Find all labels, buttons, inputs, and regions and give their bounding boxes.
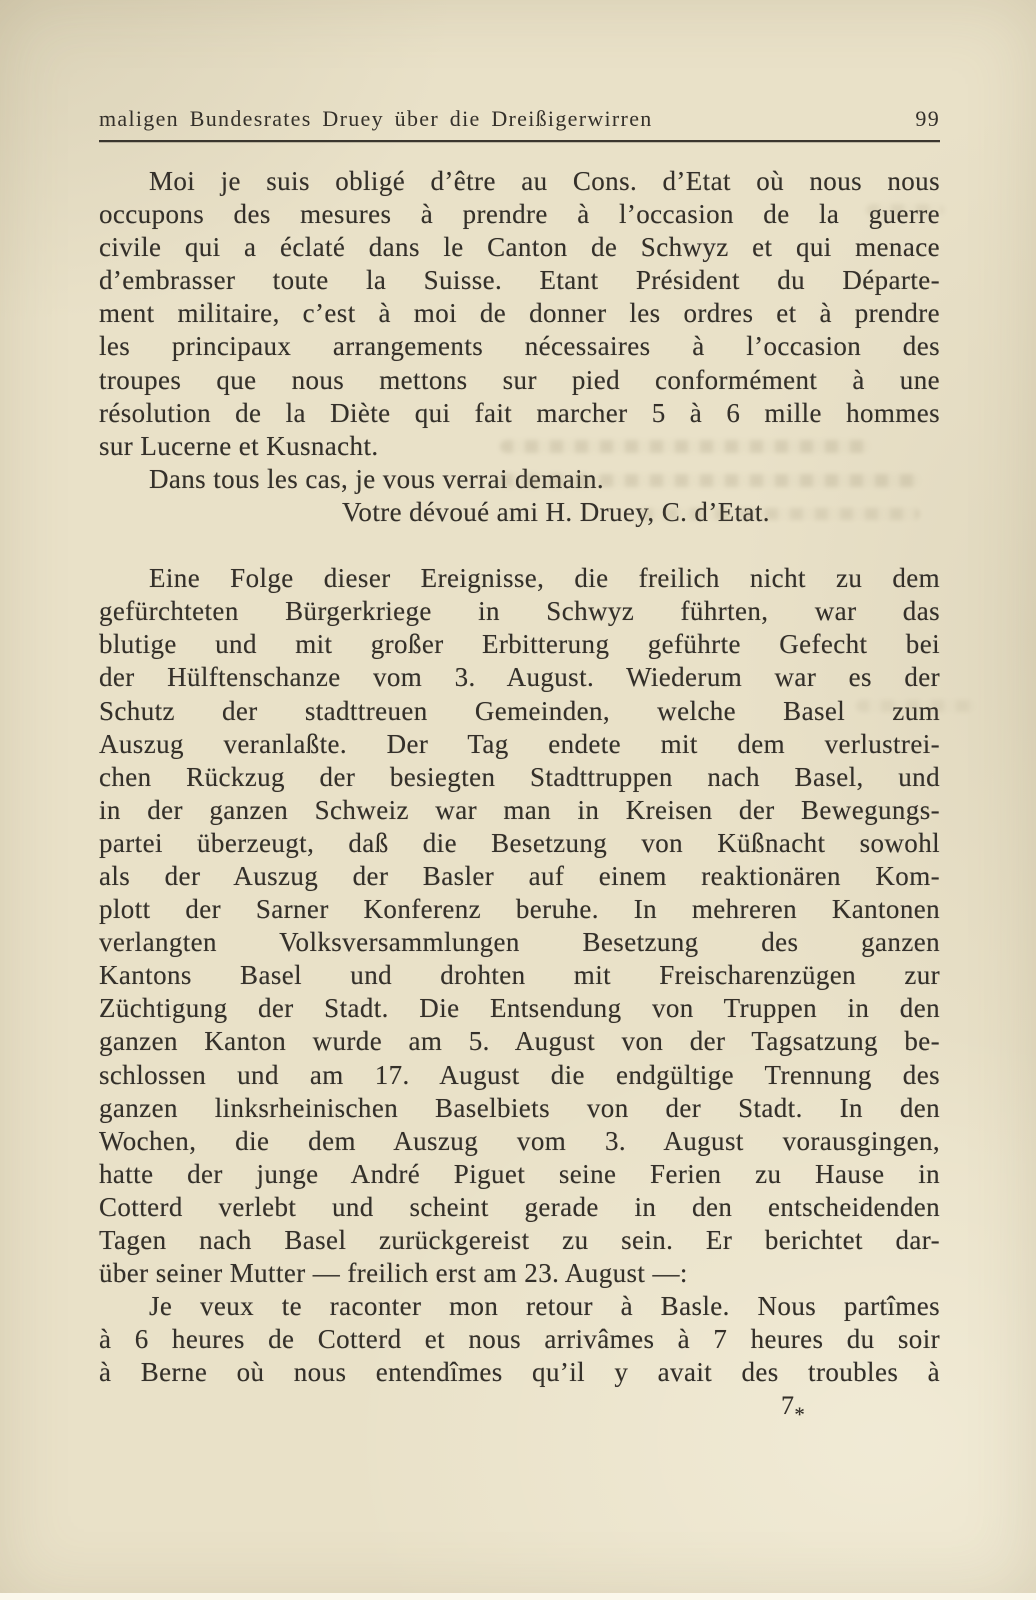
show-through-smudge — [640, 508, 920, 520]
text-line: civile qui a éclaté dans le Canton de Sc… — [99, 231, 940, 264]
text-line: ganzen linksrheinischen Baselbiets von d… — [99, 1092, 940, 1125]
text-line: d’embrasser toute la Suisse. Etant Prési… — [99, 264, 940, 297]
text-line: verlangten Volksversammlungen Besetzung … — [99, 926, 940, 959]
text-line: in der ganzen Schweiz war man in Kreisen… — [99, 794, 940, 827]
text-line: als der Auszug der Basler auf einem reak… — [99, 860, 940, 893]
text-line: à 6 heures de Cotterd et nous arrivâmes … — [99, 1323, 940, 1356]
text-line: schlossen und am 17. August die endgülti… — [99, 1059, 940, 1092]
text-line: hatte der junge André Piguet seine Ferie… — [99, 1158, 940, 1191]
text-line: occupons des mesures à prendre à l’occas… — [99, 198, 940, 231]
text-line: plott der Sarner Konferenz beruhe. In me… — [99, 893, 940, 926]
text-line: ganzen Kanton wurde am 5. August von der… — [99, 1025, 940, 1058]
text-line: Tagen nach Basel zurückgereist zu sein. … — [99, 1224, 940, 1257]
text-line: Kantons Basel und drohten mit Freischare… — [99, 959, 940, 992]
text-line: gefürchteten Bürgerkriege in Schwyz führ… — [99, 595, 940, 628]
text-line: les principaux arrangements nécessaires … — [99, 330, 940, 363]
page-body: Moi je suis obligé d’être au Cons. d’Eta… — [99, 165, 940, 1432]
header-rule — [99, 140, 940, 142]
text-line: Moi je suis obligé d’être au Cons. d’Eta… — [99, 165, 940, 198]
text-line: Auszug veranlaßte. Der Tag endete mit de… — [99, 728, 940, 761]
signature-mark: 7* — [99, 1389, 940, 1431]
page-number: 99 — [915, 106, 940, 132]
text-line: der Hülftenschanze vom 3. August. Wieder… — [99, 661, 940, 694]
text-line: blutige und mit großer Erbitterung gefüh… — [99, 628, 940, 661]
text-line: Je veux te raconter mon retour à Basle. … — [99, 1290, 940, 1323]
text-line: über seiner Mutter — freilich erst am 23… — [99, 1257, 940, 1290]
paragraph-spacer — [99, 529, 940, 562]
scan-edge-strip — [0, 1593, 1036, 1600]
text-line: troupes que nous mettons sur pied confor… — [99, 364, 940, 397]
page-header: maligen Bundesrates Druey über die Dreiß… — [99, 106, 940, 132]
text-line: à Berne où nous entendîmes qu’il y avait… — [99, 1356, 940, 1389]
text-line: Eine Folge dieser Ereignisse, die freili… — [99, 562, 940, 595]
text-line: Züchtigung der Stadt. Die Entsendung von… — [99, 992, 940, 1025]
text-line: Cotterd verlebt und scheint gerade in de… — [99, 1191, 940, 1224]
show-through-smudge — [500, 474, 920, 487]
show-through-smudge — [500, 440, 870, 453]
text-line: partei überzeugt, daß die Besetzung von … — [99, 827, 940, 860]
show-through-smudge — [856, 700, 976, 712]
signature-mark-number: 7 — [781, 1391, 794, 1420]
book-page: maligen Bundesrates Druey über die Dreiß… — [0, 0, 1036, 1600]
running-title: maligen Bundesrates Druey über die Dreiß… — [99, 106, 653, 132]
text-line: ment militaire, c’est à moi de donner le… — [99, 297, 940, 330]
show-through-smudge — [866, 204, 944, 216]
text-line: Schutz der stadttreuen Gemeinden, welche… — [99, 695, 940, 728]
text-line: résolution de la Diète qui fait marcher … — [99, 397, 940, 430]
signature-mark-star: * — [794, 1404, 805, 1427]
text-line: Wochen, die dem Auszug vom 3. August vor… — [99, 1125, 940, 1158]
text-line: chen Rückzug der besiegten Stadttruppen … — [99, 761, 940, 794]
